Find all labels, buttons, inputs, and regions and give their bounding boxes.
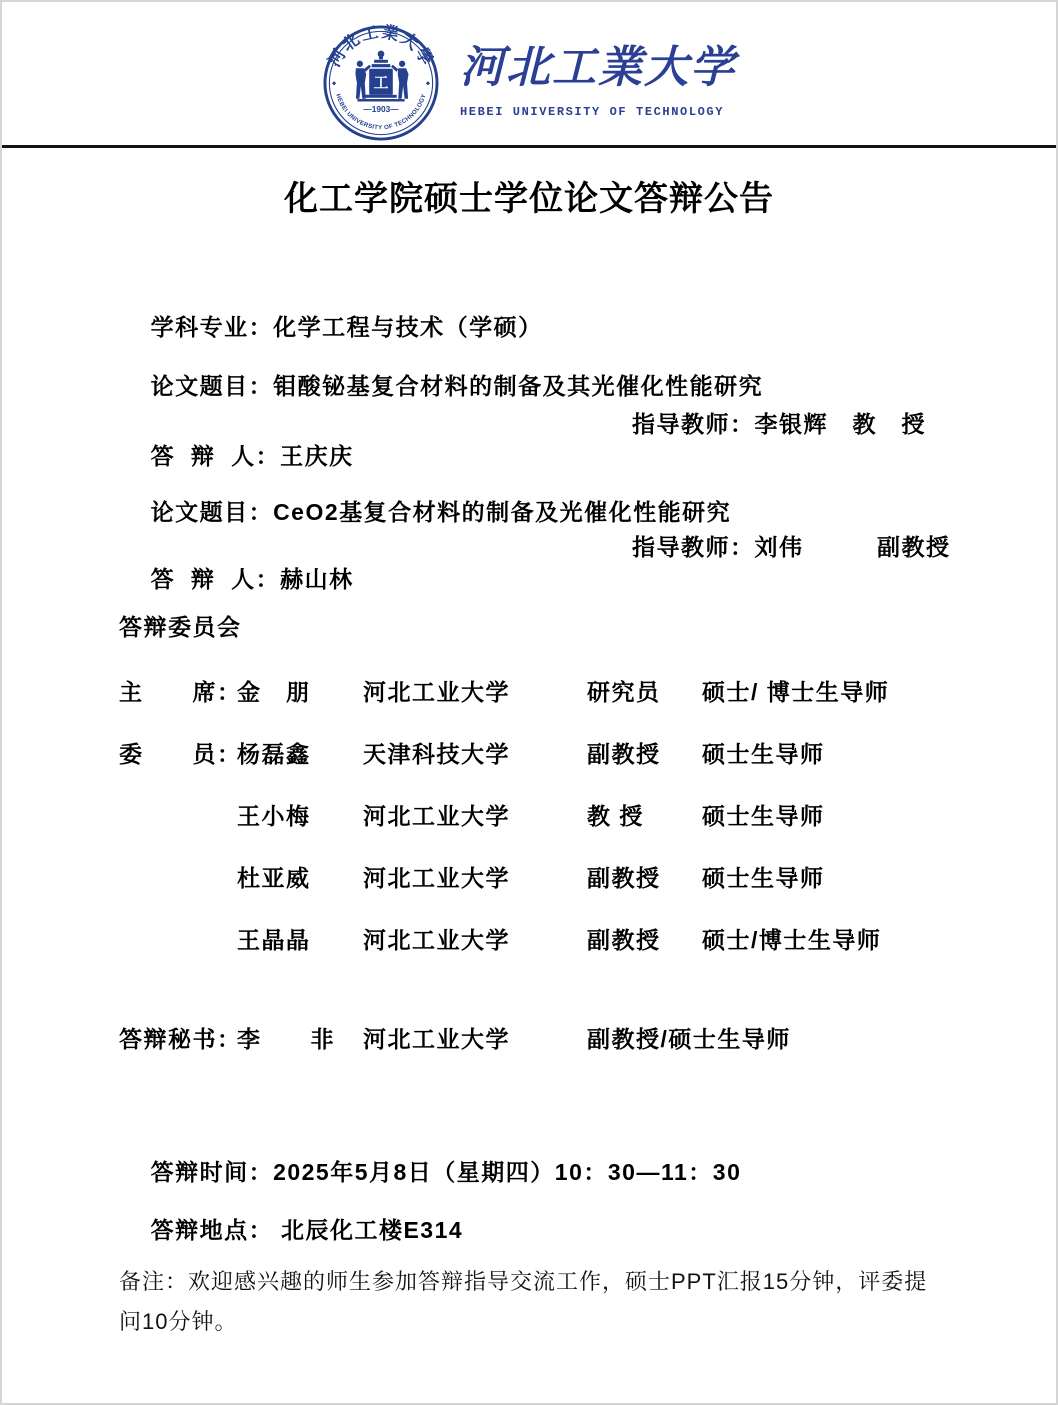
seal-center-glyph: 工 <box>374 75 389 91</box>
secretary-title: 副教授/硕士生导师 <box>587 1023 943 1055</box>
secretary-line: 答辩秘书： 李 非 河北工业大学 副教授/硕士生导师 <box>119 1023 943 1063</box>
committee-member-university: 天津科技大学 <box>363 738 587 770</box>
committee-member-university: 河北工业大学 <box>363 800 587 832</box>
defense-location-label: 答辩地点： <box>151 1217 274 1243</box>
committee-member-title: 研究员 <box>587 676 702 708</box>
committee-member-mentor: 硕士生导师 <box>702 862 943 894</box>
defender2-line: 答 辩 人：赫山林 指导教师：刘伟 副教授 <box>119 531 943 659</box>
committee-member-mentor: 硕士生导师 <box>702 800 943 832</box>
advisor2-label: 指导教师： <box>632 534 755 560</box>
advisor2: 指导教师：刘伟 副教授 <box>632 531 951 563</box>
advisor1: 指导教师：李银辉 教 授 <box>632 408 926 440</box>
advisor1-label: 指导教师： <box>632 411 755 437</box>
committee-member-mentor: 硕士生导师 <box>702 738 943 770</box>
committee-heading: 答辩委员会 <box>119 611 242 643</box>
committee-member-university: 河北工业大学 <box>363 676 587 708</box>
defender2-value: 赫山林 <box>280 566 354 592</box>
header: 河北工業大學 <box>2 2 1056 148</box>
advisor2-value: 刘伟 副教授 <box>755 534 951 560</box>
seal-year: —1903— <box>363 104 399 114</box>
secretary-university: 河北工业大学 <box>363 1023 587 1055</box>
committee-role-label: 委 员： <box>119 738 237 770</box>
page-title: 化工学院硕士学位论文答辩公告 <box>2 177 1056 221</box>
advisor1-value: 李银辉 教 授 <box>755 411 927 437</box>
committee-member-name: 杜亚威 <box>237 862 363 894</box>
thesis2-value: CeO2基复合材料的制备及光催化性能研究 <box>273 499 731 525</box>
committee-member-name: 王小梅 <box>237 800 363 832</box>
committee-table: 主 席： 金 朋 河北工业大学 研究员 硕士/ 博士生导师 委 员： 杨磊鑫 天… <box>119 676 943 986</box>
committee-member-mentor: 硕士/博士生导师 <box>702 924 943 956</box>
announcement-page: 河北工業大學 <box>0 0 1058 1405</box>
committee-member-title: 教 授 <box>587 800 702 832</box>
committee-member-name: 王晶晶 <box>237 924 363 956</box>
committee-member-title: 副教授 <box>587 862 702 894</box>
thesis1-value: 钼酸铋基复合材料的制备及其光催化性能研究 <box>273 373 763 399</box>
committee-member-title: 副教授 <box>587 924 702 956</box>
committee-member-university: 河北工业大学 <box>363 924 587 956</box>
major-value: 化学工程与技术（学硕） <box>273 314 543 340</box>
committee-member-name: 金 朋 <box>237 676 363 708</box>
university-name-english: HEBEI UNIVERSITY OF TECHNOLOGY <box>460 105 736 119</box>
committee-member-mentor: 硕士/ 博士生导师 <box>702 676 943 708</box>
committee-member-name: 杨磊鑫 <box>237 738 363 770</box>
committee-member-university: 河北工业大学 <box>363 862 587 894</box>
university-name-block: 河北工業大学 HEBEI UNIVERSITY OF TECHNOLOGY <box>460 40 736 119</box>
major-label: 学科专业： <box>151 314 274 340</box>
university-seal-icon: 河北工業大學 <box>322 24 440 142</box>
university-logo: 河北工業大學 <box>322 24 736 142</box>
secretary-name: 李 非 <box>237 1023 363 1055</box>
committee-role-label: 主 席： <box>119 676 237 708</box>
defender2-label: 答 辩 人： <box>151 566 281 592</box>
defense-location-value: 北辰化工楼E314 <box>273 1217 463 1243</box>
secretary-label: 答辩秘书： <box>119 1023 237 1055</box>
university-name-chinese: 河北工業大学 <box>460 40 736 95</box>
thesis2-label: 论文题目： <box>151 499 274 525</box>
committee-member-title: 副教授 <box>587 738 702 770</box>
remark-note: 备注：欢迎感兴趣的师生参加答辩指导交流工作，硕士PPT汇报15分钟，评委提问10… <box>119 1262 949 1342</box>
thesis1-label: 论文题目： <box>151 373 274 399</box>
